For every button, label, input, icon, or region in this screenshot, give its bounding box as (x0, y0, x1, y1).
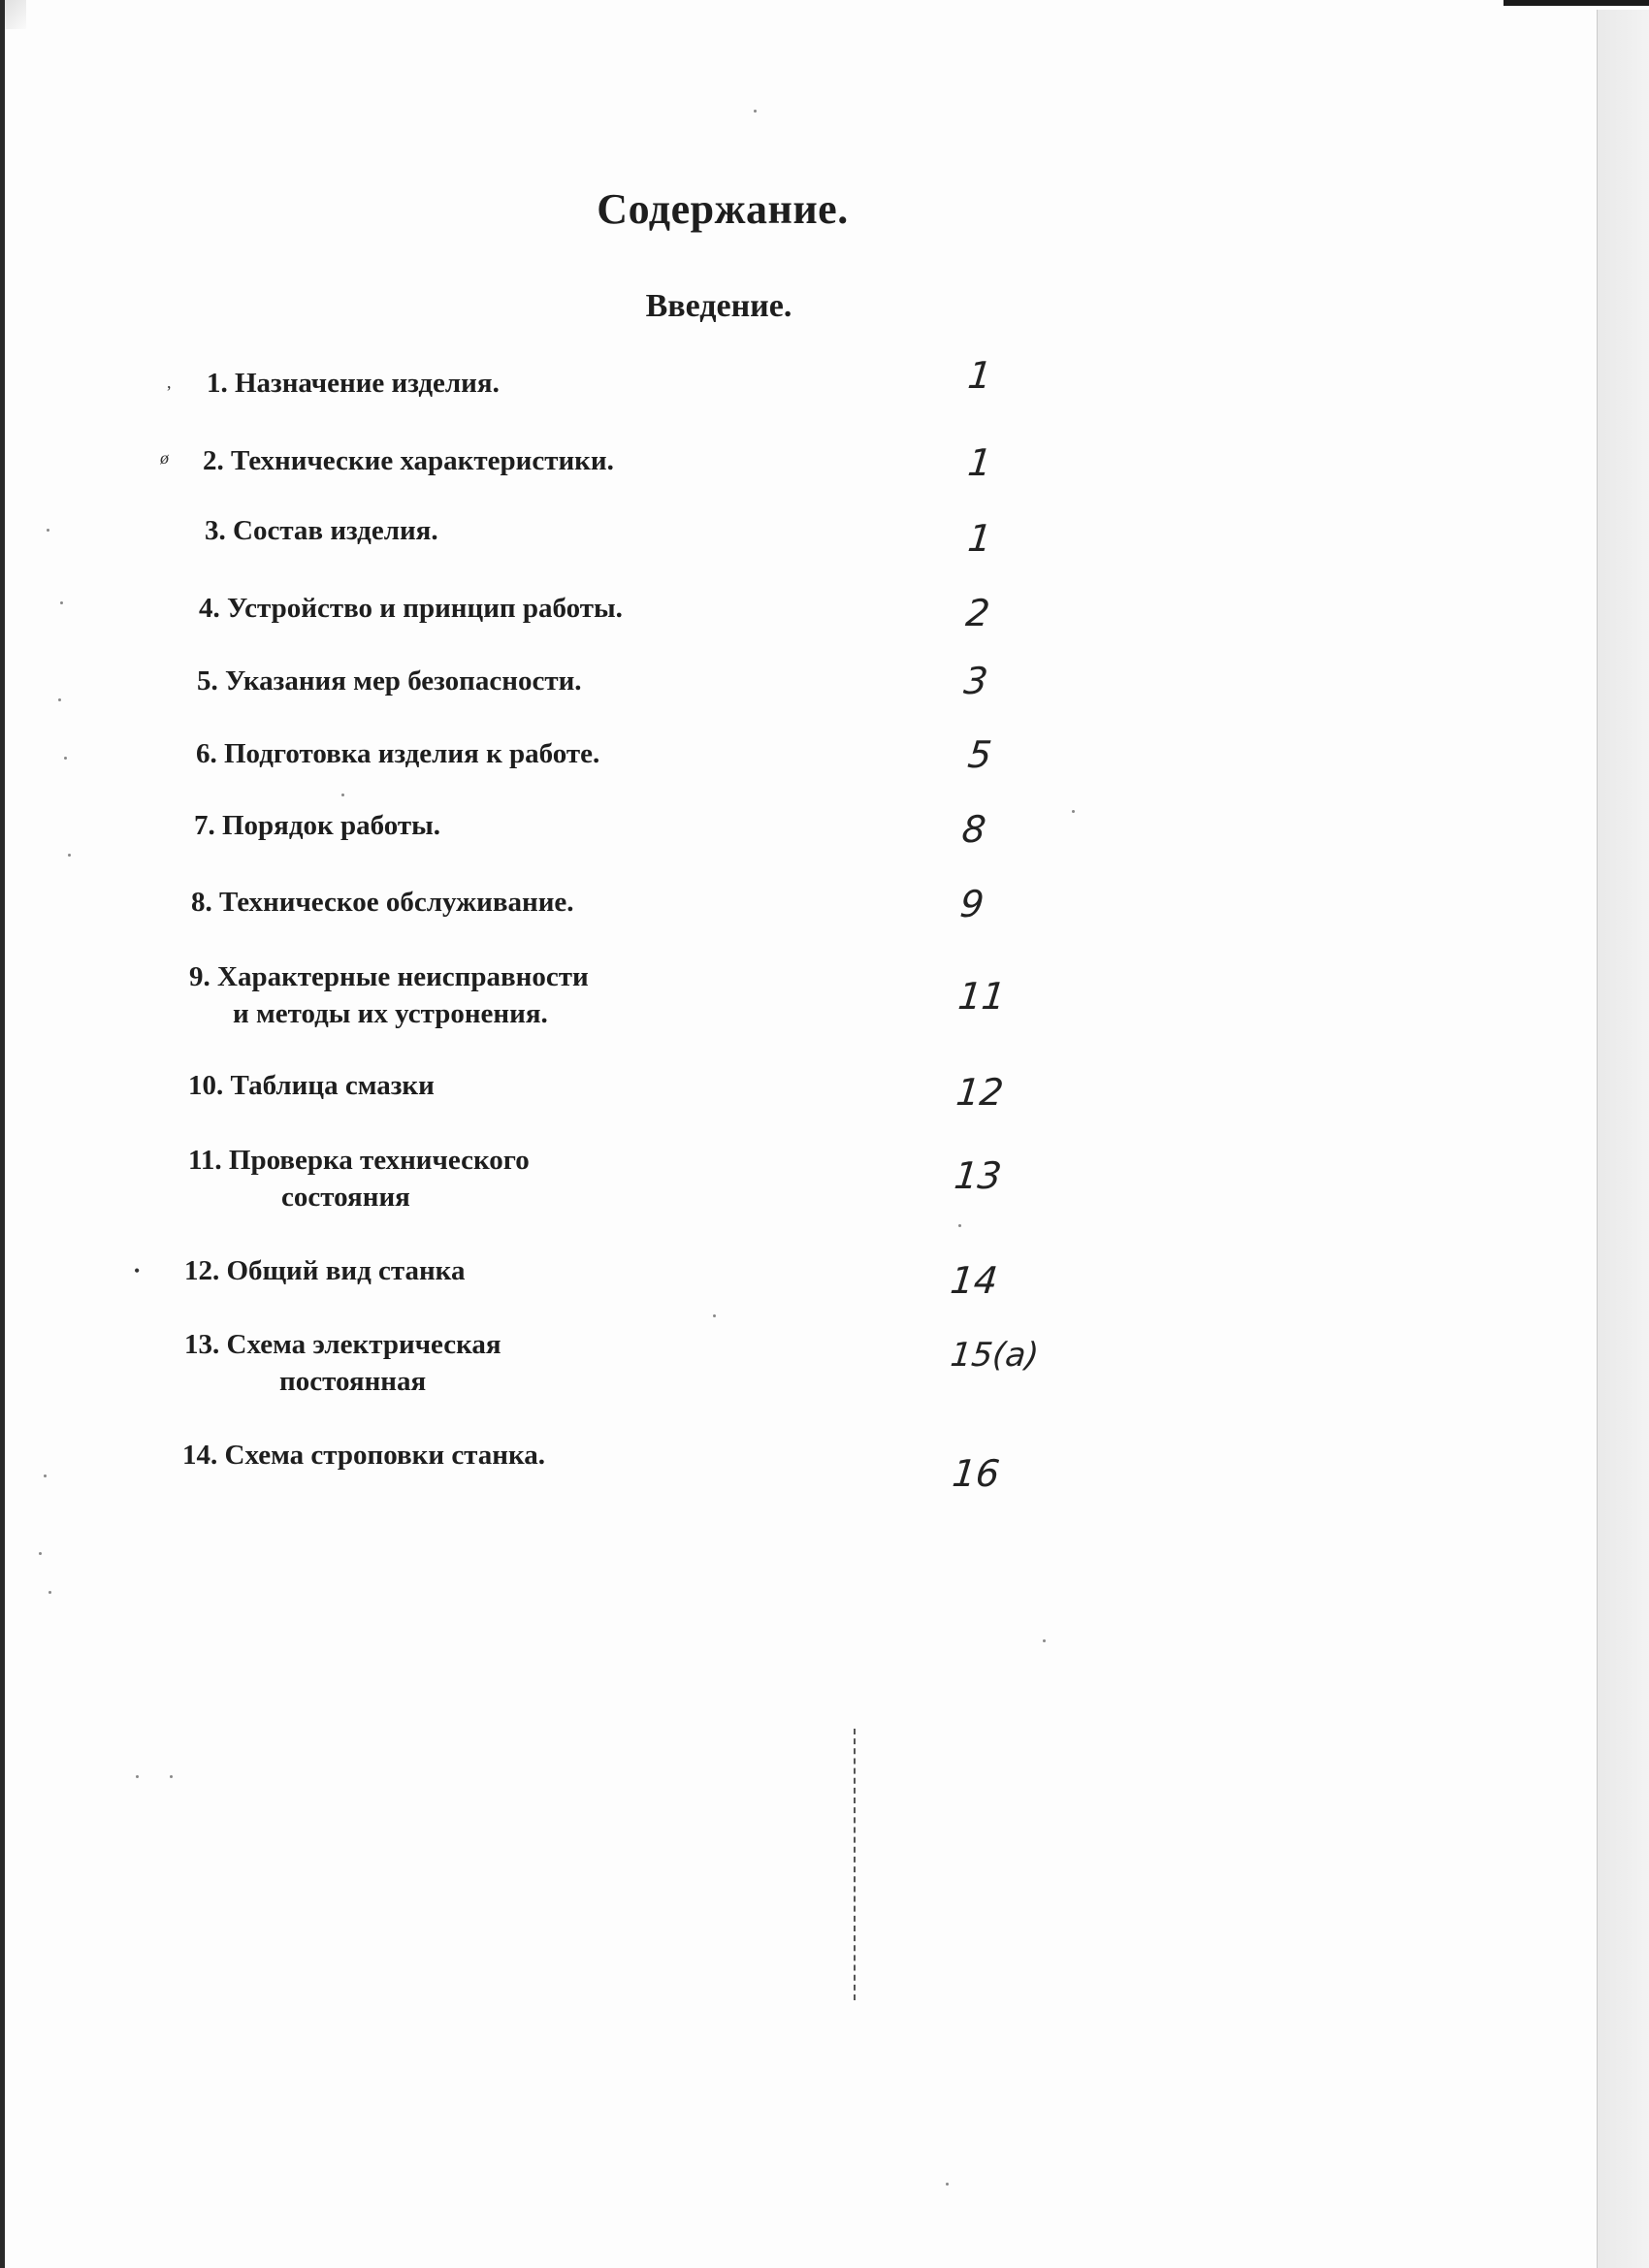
entry-number: 11. (188, 1145, 222, 1176)
toc-entry-14: 14. Схема строповки станка. (182, 1437, 545, 1474)
entry-number: 6. (196, 738, 217, 769)
entry-text: Характерные неисправности (217, 961, 589, 992)
scan-speck (68, 854, 71, 857)
entry-text: Схема электрическая (227, 1329, 501, 1360)
entry-text: Таблица смазки (231, 1070, 435, 1101)
entry-text: Устройство и принцип работы. (227, 593, 623, 624)
scan-speck (60, 601, 63, 604)
page-number-6: 5 (966, 733, 994, 776)
toc-entry-11: 11. Проверка технического состояния (188, 1142, 530, 1215)
toc-entry-1: 1. Назначение изделия. (207, 365, 500, 402)
page-number-10: 12 (954, 1071, 1006, 1114)
toc-entry-6: 6. Подготовка изделия к работе. (196, 735, 599, 772)
page-number-14: 16 (951, 1452, 1002, 1495)
scan-speck (341, 794, 344, 796)
scan-speck (136, 1775, 139, 1778)
entry-number: 1. (207, 368, 228, 399)
entry-text-continuation: и методы их устронения. (233, 995, 589, 1032)
scan-edge-top (1503, 0, 1649, 6)
toc-entry-10: 10. Таблица смазки (188, 1067, 435, 1104)
entry-text: Техническое обслуживание. (219, 887, 574, 918)
toc-entry-4: 4. Устройство и принцип работы. (199, 590, 623, 627)
page-number-12: 14 (949, 1259, 1000, 1302)
entry-text: Состав изделия. (233, 515, 438, 546)
scan-speck (1043, 1639, 1046, 1642)
page-number-9: 11 (956, 975, 1008, 1018)
page-number-1: 1 (966, 354, 994, 397)
scanned-page: Содержание. Введение. 1. Назначение изде… (0, 0, 1649, 2268)
folded-corner (5, 0, 26, 29)
page-number-13: 15(a) (949, 1336, 1041, 1375)
entry-number: 9. (189, 961, 210, 992)
toc-entry-5: 5. Указания мер безопасности. (197, 663, 582, 699)
toc-entry-13: 13. Схема электрическая постоянная (184, 1326, 501, 1400)
entry-text: Технические характеристики. (231, 445, 614, 476)
toc-entry-12: 12. Общий вид станка (184, 1252, 465, 1289)
page-number-7: 8 (960, 808, 988, 851)
scan-speck (754, 110, 757, 113)
entry-text: Общий вид станка (227, 1255, 466, 1286)
scan-speck (170, 1775, 173, 1778)
page-number-5: 3 (962, 660, 990, 702)
entry-text-continuation: состояния (281, 1179, 530, 1215)
scan-shadow-right (1597, 10, 1649, 2268)
scan-edge-left (0, 0, 5, 2268)
entry-number: 4. (199, 593, 220, 624)
toc-entry-8: 8. Техническое обслуживание. (191, 884, 574, 921)
entry-number: 8. (191, 887, 212, 918)
page-number-4: 2 (964, 592, 992, 634)
scan-speck (946, 2183, 949, 2186)
entry-text: Схема строповки станка. (225, 1440, 546, 1471)
scan-speck (58, 698, 61, 701)
entry-number: 14. (182, 1440, 217, 1471)
toc-entry-7: 7. Порядок работы. (194, 807, 440, 844)
scan-speck (1072, 810, 1075, 813)
toc-entry-2: 2. Технические характеристики. (203, 442, 614, 479)
entry-text-continuation: постоянная (279, 1363, 501, 1400)
pen-mark: ø (160, 448, 169, 469)
entry-text: Проверка технического (229, 1145, 530, 1176)
scan-speck (713, 1314, 716, 1317)
pen-mark: • (134, 1261, 140, 1281)
intro-heading: Введение. (0, 288, 1438, 325)
scan-speck (47, 529, 49, 532)
toc-entry-9: 9. Характерные неисправности и методы их… (189, 958, 589, 1032)
entry-number: 2. (203, 445, 224, 476)
entry-number: 10. (188, 1070, 223, 1101)
toc-entry-3: 3. Состав изделия. (205, 512, 438, 549)
entry-number: 13. (184, 1329, 219, 1360)
page-title: Содержание. (0, 184, 1445, 234)
entry-text: Подготовка изделия к работе. (224, 738, 599, 769)
scan-speck (48, 1591, 51, 1594)
page-number-3: 1 (966, 517, 994, 560)
entry-text: Порядок работы. (222, 810, 440, 841)
scan-speck (39, 1552, 42, 1555)
entry-number: 5. (197, 665, 218, 697)
entry-number: 12. (184, 1255, 219, 1286)
page-number-2: 1 (966, 441, 994, 484)
pen-mark: , (167, 373, 172, 393)
scan-speck (64, 757, 67, 760)
entry-text: Указания мер безопасности. (225, 665, 582, 697)
scan-speck (44, 1474, 47, 1477)
entry-number: 7. (194, 810, 215, 841)
page-number-11: 13 (953, 1154, 1004, 1197)
page-number-8: 9 (958, 883, 986, 925)
scan-speck (958, 1224, 961, 1227)
entry-text: Назначение изделия. (235, 368, 500, 399)
scan-artifact-dashed-line (854, 1729, 856, 2000)
entry-number: 3. (205, 515, 226, 546)
